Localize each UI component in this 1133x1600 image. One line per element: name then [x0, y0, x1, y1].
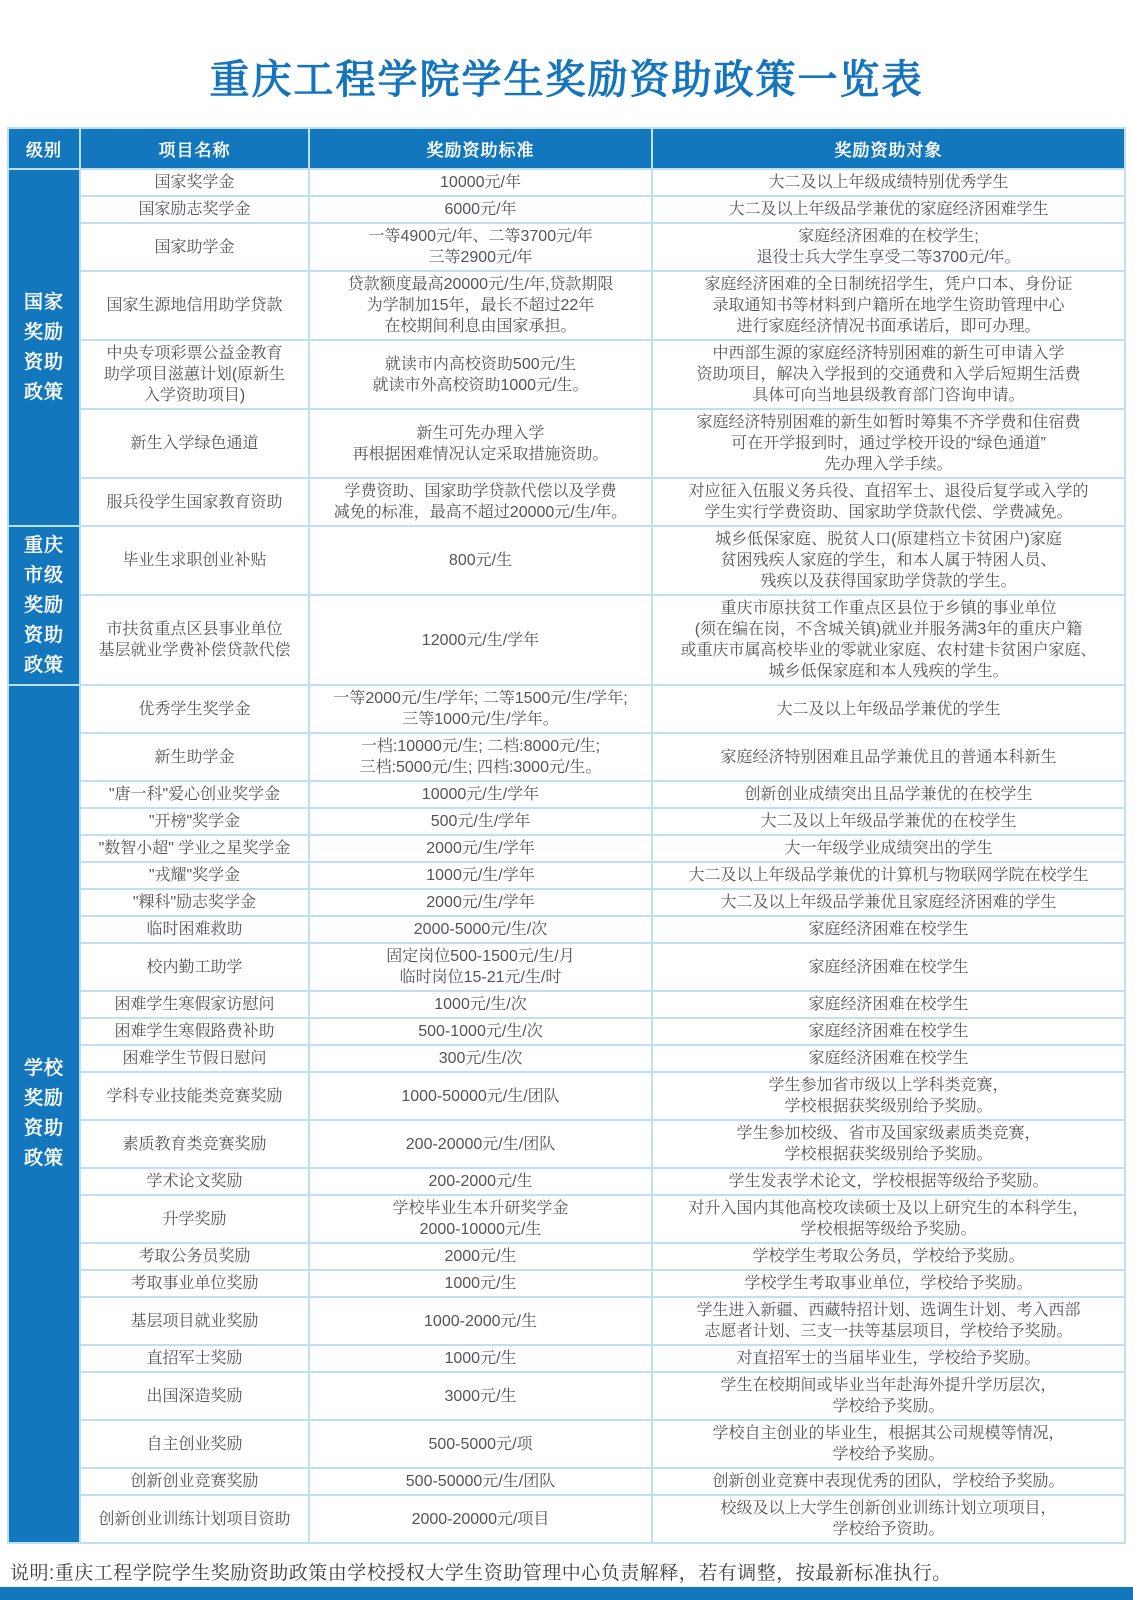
col-header-target: 奖励资助对象: [652, 128, 1125, 169]
table-row: 新生助学金一档:10000元/生; 二档:8000元/生;三档:5000元/生;…: [8, 733, 1125, 781]
target-cell: 大二及以上年级品学兼优的家庭经济困难学生: [652, 196, 1125, 223]
table-row: "开榜"奖学金500元/生/学年大二及以上年级品学兼优的在校学生: [8, 808, 1125, 835]
target-cell: 家庭经济困难的在校学生;退役士兵大学生享受二等3700元/年。: [652, 223, 1125, 271]
project-name-cell: 国家生源地信用助学贷款: [80, 271, 309, 340]
standard-cell: 固定岗位500-1500元/生/月临时岗位15-21元/生/时: [309, 943, 652, 991]
project-name-cell: 服兵役学生国家教育资助: [80, 478, 309, 526]
standard-cell: 1000-2000元/生: [309, 1297, 652, 1345]
target-cell: 大二及以上年级品学兼优的在校学生: [652, 808, 1125, 835]
table-row: 国家励志奖学金6000元/年大二及以上年级品学兼优的家庭经济困难学生: [8, 196, 1125, 223]
standard-cell: 1000元/生/学年: [309, 862, 652, 889]
project-name-cell: 出国深造奖励: [80, 1372, 309, 1420]
table-row: 国家助学金一等4900元/年、二等3700元/年三等2900元/年家庭经济困难的…: [8, 223, 1125, 271]
target-cell: 对直招军士的当届毕业生，学校给予奖励。: [652, 1345, 1125, 1372]
project-name-cell: 新生助学金: [80, 733, 309, 781]
target-cell: 学生发表学术论文，学校根据等级给予奖励。: [652, 1168, 1125, 1195]
project-name-cell: 自主创业奖励: [80, 1420, 309, 1468]
target-cell: 学生参加省市级以上学科类竞赛，学校根据获奖级别给予奖励。: [652, 1072, 1125, 1120]
target-cell: 学生在校期间或毕业当年赴海外提升学历层次，学校给予奖励。: [652, 1372, 1125, 1420]
table-row: "唐一科"爱心创业奖学金10000元/生/学年创新创业成绩突出且品学兼优的在校学…: [8, 781, 1125, 808]
project-name-cell: 考取事业单位奖励: [80, 1270, 309, 1297]
table-row: "戎耀"奖学金1000元/生/学年大二及以上年级品学兼优的计算机与物联网学院在校…: [8, 862, 1125, 889]
target-cell: 大二及以上年级成绩特别优秀学生: [652, 169, 1125, 196]
table-row: 素质教育类竞赛奖励200-20000元/生/团队学生参加校级、省市及国家级素质类…: [8, 1120, 1125, 1168]
standard-cell: 200-20000元/生/团队: [309, 1120, 652, 1168]
policy-table: 级别 项目名称 奖励资助标准 奖励资助对象 国家奖励资助政策国家奖学金10000…: [7, 127, 1126, 1544]
target-cell: 重庆市原扶贫工作重点区县位于乡镇的事业单位(须在编在岗，不含城关镇)就业并服务满…: [652, 595, 1125, 685]
target-cell: 创新创业成绩突出且品学兼优的在校学生: [652, 781, 1125, 808]
standard-cell: 10000元/年: [309, 169, 652, 196]
project-name-cell: 新生入学绿色通道: [80, 409, 309, 478]
table-row: 创新创业竞赛奖励500-50000元/生/团队创新创业竞赛中表现优秀的团队，学校…: [8, 1468, 1125, 1495]
table-row: 校内勤工助学固定岗位500-1500元/生/月临时岗位15-21元/生/时家庭经…: [8, 943, 1125, 991]
project-name-cell: 创新创业竞赛奖励: [80, 1468, 309, 1495]
col-header-project-name: 项目名称: [80, 128, 309, 169]
project-name-cell: "唐一科"爱心创业奖学金: [80, 781, 309, 808]
standard-cell: 1000元/生: [309, 1345, 652, 1372]
standard-cell: 1000元/生: [309, 1270, 652, 1297]
table-row: "数智小超" 学业之星奖学金2000元/生/学年大一年级学业成绩突出的学生: [8, 835, 1125, 862]
table-row: 中央专项彩票公益金教育助学项目滋蕙计划(原新生入学资助项目)就读市内高校资助50…: [8, 340, 1125, 409]
project-name-cell: "粿科"励志奖学金: [80, 889, 309, 916]
table-row: 创新创业训练计划项目资助2000-20000元/项目校级及以上大学生创新创业训练…: [8, 1495, 1125, 1543]
project-name-cell: "戎耀"奖学金: [80, 862, 309, 889]
standard-cell: 学校毕业生本升研奖学金2000-10000元/生: [309, 1195, 652, 1243]
target-cell: 学校学生考取事业单位，学校给予奖励。: [652, 1270, 1125, 1297]
group-label: 重庆市级奖励资助政策: [8, 526, 80, 685]
table-row: 临时困难救助2000-5000元/生/次家庭经济困难在校学生: [8, 916, 1125, 943]
standard-cell: 贷款额度最高20000元/生/年,贷款期限为学制加15年，最长不超过22年在校期…: [309, 271, 652, 340]
table-row: 服兵役学生国家教育资助学费资助、国家助学贷款代偿以及学费减免的标准，最高不超过2…: [8, 478, 1125, 526]
standard-cell: 300元/生/次: [309, 1045, 652, 1072]
project-name-cell: 市扶贫重点区县事业单位基层就业学费补偿贷款代偿: [80, 595, 309, 685]
standard-cell: 新生可先办理入学再根据困难情况认定采取措施资助。: [309, 409, 652, 478]
standard-cell: 一等4900元/年、二等3700元/年三等2900元/年: [309, 223, 652, 271]
table-row: 学校奖励资助政策优秀学生奖学金一等2000元/生/学年; 二等1500元/生/学…: [8, 685, 1125, 733]
standard-cell: 2000元/生: [309, 1243, 652, 1270]
project-name-cell: 优秀学生奖学金: [80, 685, 309, 733]
table-row: 国家奖励资助政策国家奖学金10000元/年大二及以上年级成绩特别优秀学生: [8, 169, 1125, 196]
table-row: 新生入学绿色通道新生可先办理入学再根据困难情况认定采取措施资助。家庭经济特别困难…: [8, 409, 1125, 478]
target-cell: 学生参加校级、省市及国家级素质类竞赛，学校根据获奖级别给予奖励。: [652, 1120, 1125, 1168]
target-cell: 家庭经济困难在校学生: [652, 1018, 1125, 1045]
target-cell: 中西部生源的家庭经济特别困难的新生可申请入学资助项目，解决入学报到的交通费和入学…: [652, 340, 1125, 409]
table-body: 国家奖励资助政策国家奖学金10000元/年大二及以上年级成绩特别优秀学生国家励志…: [8, 169, 1125, 1543]
table-header-row: 级别 项目名称 奖励资助标准 奖励资助对象: [8, 128, 1125, 169]
project-name-cell: 基层项目就业奖励: [80, 1297, 309, 1345]
target-cell: 大一年级学业成绩突出的学生: [652, 835, 1125, 862]
standard-cell: 10000元/生/学年: [309, 781, 652, 808]
standard-cell: 一档:10000元/生; 二档:8000元/生;三档:5000元/生; 四档:3…: [309, 733, 652, 781]
standard-cell: 500-1000元/生/次: [309, 1018, 652, 1045]
standard-cell: 800元/生: [309, 526, 652, 595]
table-row: 学术论文奖励200-2000元/生学生发表学术论文，学校根据等级给予奖励。: [8, 1168, 1125, 1195]
table-row: 升学奖励学校毕业生本升研奖学金2000-10000元/生对升入国内其他高校攻读硕…: [8, 1195, 1125, 1243]
page-title: 重庆工程学院学生奖励资助政策一览表: [0, 0, 1133, 105]
standard-cell: 就读市内高校资助500元/生就读市外高校资助1000元/生。: [309, 340, 652, 409]
table-row: "粿科"励志奖学金2000元/生/学年大二及以上年级品学兼优且家庭经济困难的学生: [8, 889, 1125, 916]
table-row: 困难学生寒假路费补助500-1000元/生/次家庭经济困难在校学生: [8, 1018, 1125, 1045]
table-row: 国家生源地信用助学贷款贷款额度最高20000元/生/年,贷款期限为学制加15年，…: [8, 271, 1125, 340]
standard-cell: 1000-50000元/生/团队: [309, 1072, 652, 1120]
table-row: 市扶贫重点区县事业单位基层就业学费补偿贷款代偿12000元/生/学年重庆市原扶贫…: [8, 595, 1125, 685]
target-cell: 城乡低保家庭、脱贫人口(原建档立卡贫困户)家庭贫困残疾人家庭的学生，和本人属于特…: [652, 526, 1125, 595]
table-row: 直招军士奖励1000元/生对直招军士的当届毕业生，学校给予奖励。: [8, 1345, 1125, 1372]
target-cell: 学生进入新疆、西藏特招计划、选调生计划、考入西部志愿者计划、三支一扶等基层项目，…: [652, 1297, 1125, 1345]
standard-cell: 2000-5000元/生/次: [309, 916, 652, 943]
project-name-cell: 创新创业训练计划项目资助: [80, 1495, 309, 1543]
table-row: 考取事业单位奖励1000元/生学校学生考取事业单位，学校给予奖励。: [8, 1270, 1125, 1297]
table-row: 学科专业技能类竞赛奖励1000-50000元/生/团队学生参加省市级以上学科类竞…: [8, 1072, 1125, 1120]
project-name-cell: 困难学生节假日慰问: [80, 1045, 309, 1072]
target-cell: 家庭经济困难在校学生: [652, 991, 1125, 1018]
target-cell: 学校自主创业的毕业生，根据其公司规模等情况，学校给予奖励。: [652, 1420, 1125, 1468]
footnote: 说明:重庆工程学院学生奖励资助政策由学校授权大学生资助管理中心负责解释，若有调整…: [10, 1558, 1133, 1585]
group-label: 国家奖励资助政策: [8, 169, 80, 526]
target-cell: 大二及以上年级品学兼优的学生: [652, 685, 1125, 733]
project-name-cell: 素质教育类竞赛奖励: [80, 1120, 309, 1168]
target-cell: 大二及以上年级品学兼优且家庭经济困难的学生: [652, 889, 1125, 916]
standard-cell: 12000元/生/学年: [309, 595, 652, 685]
page: 重庆工程学院学生奖励资助政策一览表 级别 项目名称 奖励资助标准 奖励资助对象 …: [0, 0, 1133, 1585]
target-cell: 家庭经济困难在校学生: [652, 916, 1125, 943]
project-name-cell: 困难学生寒假路费补助: [80, 1018, 309, 1045]
target-cell: 家庭经济特别困难且品学兼优且的普通本科新生: [652, 733, 1125, 781]
table-row: 考取公务员奖励2000元/生学校学生考取公务员，学校给予奖励。: [8, 1243, 1125, 1270]
standard-cell: 500元/生/学年: [309, 808, 652, 835]
target-cell: 对升入国内其他高校攻读硕士及以上研究生的本科学生，学校根据等级给予奖励。: [652, 1195, 1125, 1243]
standard-cell: 2000-20000元/项目: [309, 1495, 652, 1543]
project-name-cell: 毕业生求职创业补贴: [80, 526, 309, 595]
project-name-cell: 升学奖励: [80, 1195, 309, 1243]
group-label: 学校奖励资助政策: [8, 685, 80, 1543]
standard-cell: 500-50000元/生/团队: [309, 1468, 652, 1495]
standard-cell: 一等2000元/生/学年; 二等1500元/生/学年;三等1000元/生/学年。: [309, 685, 652, 733]
standard-cell: 3000元/生: [309, 1372, 652, 1420]
project-name-cell: 中央专项彩票公益金教育助学项目滋蕙计划(原新生入学资助项目): [80, 340, 309, 409]
target-cell: 创新创业竞赛中表现优秀的团队，学校给予奖励。: [652, 1468, 1125, 1495]
table-row: 出国深造奖励3000元/生学生在校期间或毕业当年赴海外提升学历层次，学校给予奖励…: [8, 1372, 1125, 1420]
project-name-cell: 临时困难救助: [80, 916, 309, 943]
target-cell: 家庭经济困难在校学生: [652, 943, 1125, 991]
project-name-cell: 国家励志奖学金: [80, 196, 309, 223]
standard-cell: 500-5000元/项: [309, 1420, 652, 1468]
bottom-bar: [0, 1587, 1133, 1600]
project-name-cell: 考取公务员奖励: [80, 1243, 309, 1270]
project-name-cell: 困难学生寒假家访慰问: [80, 991, 309, 1018]
target-cell: 校级及以上大学生创新创业训练计划立项项目，学校给予资助。: [652, 1495, 1125, 1543]
table-row: 困难学生节假日慰问300元/生/次家庭经济困难在校学生: [8, 1045, 1125, 1072]
target-cell: 大二及以上年级品学兼优的计算机与物联网学院在校学生: [652, 862, 1125, 889]
col-header-level: 级别: [8, 128, 80, 169]
target-cell: 家庭经济困难的全日制统招学生，凭户口本、身份证录取通知书等材料到户籍所在地学生资…: [652, 271, 1125, 340]
standard-cell: 6000元/年: [309, 196, 652, 223]
table-row: 自主创业奖励500-5000元/项学校自主创业的毕业生，根据其公司规模等情况，学…: [8, 1420, 1125, 1468]
project-name-cell: 学科专业技能类竞赛奖励: [80, 1072, 309, 1120]
project-name-cell: "数智小超" 学业之星奖学金: [80, 835, 309, 862]
project-name-cell: "开榜"奖学金: [80, 808, 309, 835]
table-row: 基层项目就业奖励1000-2000元/生学生进入新疆、西藏特招计划、选调生计划、…: [8, 1297, 1125, 1345]
standard-cell: 1000元/生/次: [309, 991, 652, 1018]
target-cell: 对应征入伍服义务兵役、直招军士、退役后复学或入学的学生实行学费资助、国家助学贷款…: [652, 478, 1125, 526]
project-name-cell: 校内勤工助学: [80, 943, 309, 991]
project-name-cell: 国家奖学金: [80, 169, 309, 196]
target-cell: 家庭经济困难在校学生: [652, 1045, 1125, 1072]
table-row: 困难学生寒假家访慰问1000元/生/次家庭经济困难在校学生: [8, 991, 1125, 1018]
target-cell: 学校学生考取公务员，学校给予奖励。: [652, 1243, 1125, 1270]
standard-cell: 200-2000元/生: [309, 1168, 652, 1195]
project-name-cell: 国家助学金: [80, 223, 309, 271]
standard-cell: 2000元/生/学年: [309, 889, 652, 916]
col-header-standard: 奖励资助标准: [309, 128, 652, 169]
standard-cell: 学费资助、国家助学贷款代偿以及学费减免的标准，最高不超过20000元/生/年。: [309, 478, 652, 526]
table-row: 重庆市级奖励资助政策毕业生求职创业补贴800元/生城乡低保家庭、脱贫人口(原建档…: [8, 526, 1125, 595]
standard-cell: 2000元/生/学年: [309, 835, 652, 862]
project-name-cell: 学术论文奖励: [80, 1168, 309, 1195]
project-name-cell: 直招军士奖励: [80, 1345, 309, 1372]
target-cell: 家庭经济特别困难的新生如暂时筹集不齐学费和住宿费可在开学报到时，通过学校开设的“…: [652, 409, 1125, 478]
